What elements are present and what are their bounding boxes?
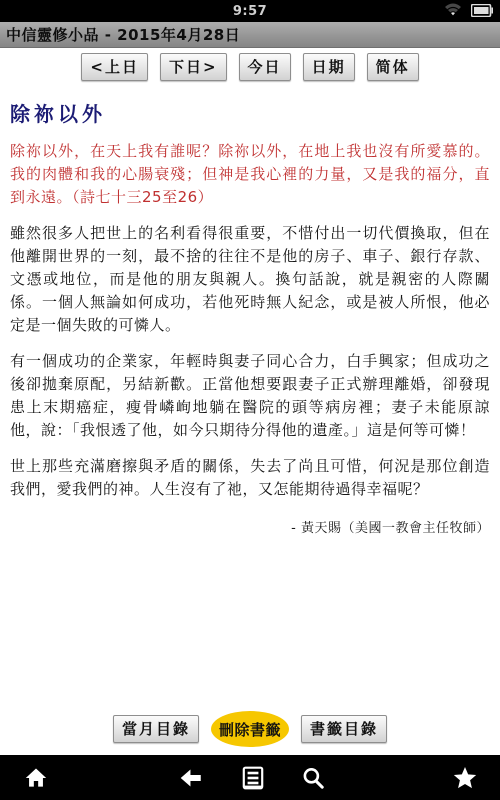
bottom-nav-bar <box>0 755 500 800</box>
clock: 9:57 <box>233 4 267 19</box>
status-bar: 9:57 <box>0 0 500 22</box>
pick-date-button[interactable]: 日期 <box>303 53 355 81</box>
footer-button-row: 當月目錄 刪除書籤 書籤目錄 <box>0 711 500 747</box>
battery-icon <box>471 2 493 21</box>
search-icon[interactable] <box>299 764 327 792</box>
title-bar: 中信靈修小品 - 2015年4月28日 <box>0 22 500 48</box>
app-title: 中信靈修小品 - 2015年4月28日 <box>6 24 240 45</box>
today-button[interactable]: 今日 <box>239 53 291 81</box>
next-day-button[interactable]: 下日> <box>160 53 227 81</box>
simplified-chinese-button[interactable]: 简体 <box>367 53 419 81</box>
date-nav-row: <上日 下日> 今日 日期 简体 <box>10 48 490 81</box>
content-area: <上日 下日> 今日 日期 简体 除祢以外 除祢以外，在天上我有誰呢？除祢以外，… <box>0 48 500 755</box>
status-icons <box>444 0 493 22</box>
prev-day-button[interactable]: <上日 <box>81 53 148 81</box>
scripture-quote: 除祢以外，在天上我有誰呢？除祢以外，在地上我也沒有所愛慕的。我的肉體和我的心腸衰… <box>10 140 490 209</box>
home-icon[interactable] <box>22 764 50 792</box>
article-paragraph: 雖然很多人把世上的名利看得很重要，不惜付出一切代價換取，但在他離開世界的一刻，最… <box>10 222 490 337</box>
delete-bookmark-button[interactable]: 刪除書籤 <box>211 711 289 747</box>
star-icon[interactable] <box>451 764 479 792</box>
month-index-button[interactable]: 當月目錄 <box>113 715 199 743</box>
article-paragraph: 世上那些充滿磨擦與矛盾的關係，失去了尚且可惜，何況是那位創造我們，愛我們的神。人… <box>10 455 490 501</box>
list-icon[interactable] <box>239 764 267 792</box>
app-screen: 9:57 中信靈修小品 - 2015年4月28日 <box>0 0 500 800</box>
author-attribution: - 黃天賜（美國一教會主任牧師） <box>10 517 490 536</box>
bookmark-index-button[interactable]: 書籤目錄 <box>301 715 387 743</box>
back-icon[interactable] <box>177 764 205 792</box>
article-title: 除祢以外 <box>10 98 490 127</box>
wifi-icon <box>444 2 462 21</box>
article-paragraph: 有一個成功的企業家，年輕時與妻子同心合力，白手興家；但成功之後卻拋棄原配，另結新… <box>10 350 490 442</box>
